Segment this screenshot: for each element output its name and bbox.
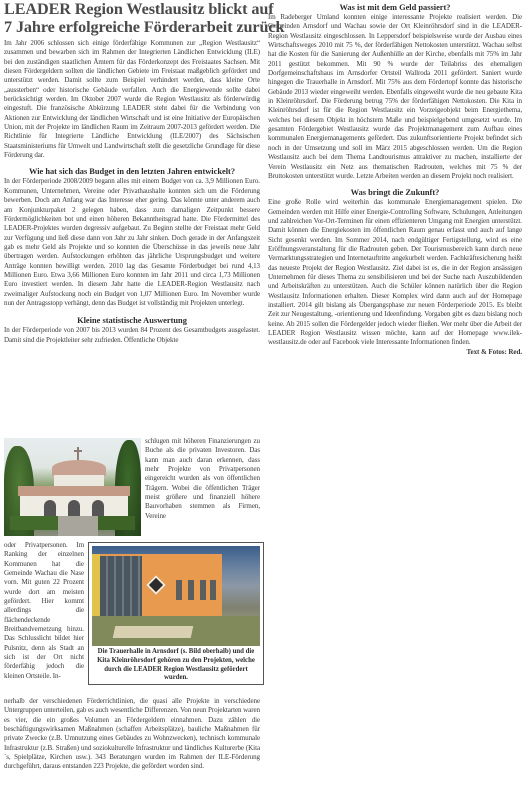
statistics-paragraph-bottom: nerhalb der verschiedenen Förderrichtlin… [4,697,260,772]
title-line-2: 7 Jahre erfolgreiche Förderarbeit zurück [4,18,284,36]
author-signature: Text & Fotos: Red. [467,348,522,357]
future-paragraph: Eine große Rolle wird weiterhin das komm… [268,198,522,348]
statistics-paragraph-beside-photo: schlugen mit höheren Finanzierungen zu B… [145,437,260,521]
money-paragraph: Im Radeberger Umland konnten einige inte… [268,13,522,181]
statistics-paragraph-top: In der Förderperiode von 2007 bis 2013 w… [4,326,260,345]
future-text: Eine große Rolle wird weiterhin das komm… [268,198,522,346]
statistics-paragraph-left-of-photo: oder Privatpersonen. Im Ranking der einz… [4,541,84,681]
right-column: Was ist mit dem Geld passiert? Im Radebe… [268,0,522,357]
photo-kita-kleinroehrsdorf [92,546,260,646]
section-heading-money: Was ist mit dem Geld passiert? [268,3,522,13]
section-heading-budget: Wie hat sich das Budget in den letzten J… [4,167,260,177]
photo-trauerhalle-arnsdorf [4,438,141,536]
title-line-1: LEADER Region Westlausitz blickt auf [4,0,274,18]
article-title: LEADER Region Westlausitz blickt auf 7 J… [4,0,260,36]
photo-box-kita: Die Trauerhalle in Arnsdorf (s. Bild obe… [88,542,264,685]
section-heading-future: Was bringt die Zukunft? [268,188,522,198]
budget-paragraph: In der Förderperiode 2008/2009 begann al… [4,177,260,308]
section-heading-statistics: Kleine statistische Auswertung [4,316,260,326]
left-column: LEADER Region Westlausitz blickt auf 7 J… [4,0,260,345]
intro-paragraph: Im Jahr 2006 schlossen sich einige förde… [4,39,260,160]
photo-caption: Die Trauerhalle in Arnsdorf (s. Bild obe… [92,648,260,683]
newspaper-page: LEADER Region Westlausitz blickt auf 7 J… [0,0,527,800]
